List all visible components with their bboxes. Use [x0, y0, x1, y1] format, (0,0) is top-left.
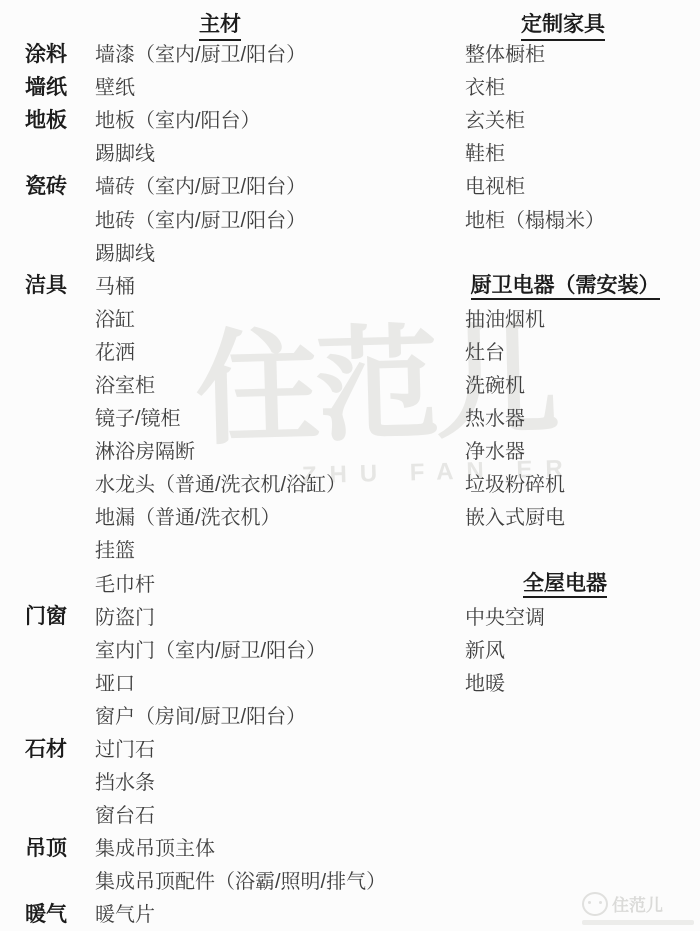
right-column-item: 热水器 [400, 402, 700, 431]
table-row: 墙纸壁纸衣柜 [0, 69, 700, 102]
right-column-item: 玄关柜 [400, 104, 700, 133]
table-row: 地砖（室内/厨卫/阳台）地柜（榻榻米） [0, 201, 700, 234]
column-headers-row: 主材 定制家具 [0, 0, 700, 36]
category-label: 门窗 [0, 600, 95, 630]
table-row: 石材过门石 [0, 731, 700, 764]
materials-checklist-sheet: 住范儿 ZHU FAN ER 主材 定制家具 涂料墙漆（室内/厨卫/阳台）整体橱… [0, 0, 700, 931]
table-row: 集成吊顶配件（浴霸/照明/排气） [0, 863, 700, 896]
section-header: 全屋电器 [523, 572, 607, 598]
category-label: 地板 [0, 104, 95, 134]
material-item: 花洒 [95, 336, 400, 365]
table-row: 淋浴房隔断净水器 [0, 433, 700, 466]
category-label: 吊顶 [0, 832, 95, 862]
table-row: 浴缸抽油烟机 [0, 301, 700, 334]
table-row: 吊顶集成吊顶主体 [0, 830, 700, 863]
table-row: 瓷砖墙砖（室内/厨卫/阳台）电视柜 [0, 168, 700, 201]
table-row: 挡水条 [0, 764, 700, 797]
material-item: 墙砖（室内/厨卫/阳台） [95, 170, 400, 199]
material-item: 集成吊顶配件（浴霸/照明/排气） [95, 865, 400, 894]
material-item: 窗台石 [95, 799, 400, 828]
right-column-item: 灶台 [400, 336, 700, 365]
right-column-item: 抽油烟机 [400, 303, 700, 332]
table-row: 挂篮 [0, 532, 700, 565]
material-item: 防盗门 [95, 601, 400, 630]
right-column-item: 嵌入式厨电 [400, 501, 700, 530]
table-row: 涂料墙漆（室内/厨卫/阳台）整体橱柜 [0, 36, 700, 69]
table-row: 窗户（房间/厨卫/阳台） [0, 698, 700, 731]
table-row: 地漏（普通/洗衣机）嵌入式厨电 [0, 499, 700, 532]
table-row: 窗台石 [0, 797, 700, 830]
category-label: 洁具 [0, 269, 95, 299]
right-column-item: 衣柜 [400, 71, 700, 100]
right-column-item: 垃圾粉碎机 [400, 468, 700, 497]
material-item: 马桶 [95, 270, 400, 299]
table-row: 浴室柜洗碗机 [0, 367, 700, 400]
right-section-header-cell: 厨卫电器（需安装） [400, 269, 700, 299]
table-row: 毛巾杆全屋电器 [0, 566, 700, 599]
right-column-item: 中央空调 [400, 601, 700, 630]
table-row: 镜子/镜柜热水器 [0, 400, 700, 433]
table-row: 暖气暖气片 [0, 896, 700, 929]
table-row: 门窗防盗门中央空调 [0, 599, 700, 632]
material-item: 暖气片 [95, 898, 400, 927]
table-row: 垭口地暖 [0, 665, 700, 698]
material-item: 室内门（室内/厨卫/阳台） [95, 634, 400, 663]
right-column-item: 地暖 [400, 667, 700, 696]
table-row: 地板地板（室内/阳台）玄关柜 [0, 102, 700, 135]
table-row: 水龙头（普通/洗衣机/浴缸）垃圾粉碎机 [0, 466, 700, 499]
material-item: 垭口 [95, 667, 400, 696]
table-row: 室内门（室内/厨卫/阳台）新风 [0, 632, 700, 665]
table-row: 洁具马桶厨卫电器（需安装） [0, 268, 700, 301]
category-label: 石材 [0, 733, 95, 763]
category-label: 暖气 [0, 898, 95, 928]
right-column-item: 电视柜 [400, 170, 700, 199]
material-item: 挂篮 [95, 534, 400, 563]
material-item: 踢脚线 [95, 237, 400, 266]
category-label: 涂料 [0, 38, 95, 68]
material-item: 过门石 [95, 733, 400, 762]
right-column-item: 洗碗机 [400, 369, 700, 398]
material-item: 窗户（房间/厨卫/阳台） [95, 700, 400, 729]
right-column-item: 鞋柜 [400, 137, 700, 166]
right-section-header-cell: 全屋电器 [400, 567, 700, 597]
material-item: 淋浴房隔断 [95, 435, 400, 464]
material-item: 壁纸 [95, 71, 400, 100]
material-item: 地板（室内/阳台） [95, 104, 400, 133]
material-item: 挡水条 [95, 766, 400, 795]
material-item: 浴缸 [95, 303, 400, 332]
table-row: 踢脚线 [0, 235, 700, 268]
material-item: 踢脚线 [95, 137, 400, 166]
material-item: 集成吊顶主体 [95, 832, 400, 861]
material-item: 地漏（普通/洗衣机） [95, 501, 400, 530]
table-row: 花洒灶台 [0, 334, 700, 367]
material-item: 浴室柜 [95, 369, 400, 398]
table-row: 踢脚线鞋柜 [0, 135, 700, 168]
material-item: 地砖（室内/厨卫/阳台） [95, 204, 400, 233]
right-column-item: 净水器 [400, 435, 700, 464]
material-item: 毛巾杆 [95, 568, 400, 597]
material-item: 墙漆（室内/厨卫/阳台） [95, 38, 400, 67]
right-column-item: 整体橱柜 [400, 38, 700, 67]
right-column-item: 新风 [400, 634, 700, 663]
material-item: 镜子/镜柜 [95, 402, 400, 431]
category-label: 墙纸 [0, 71, 95, 101]
material-item: 水龙头（普通/洗衣机/浴缸） [95, 468, 400, 497]
section-header: 厨卫电器（需安装） [471, 274, 660, 300]
right-column-item: 地柜（榻榻米） [400, 204, 700, 233]
materials-table: 涂料墙漆（室内/厨卫/阳台）整体橱柜墙纸壁纸衣柜地板地板（室内/阳台）玄关柜踢脚… [0, 36, 700, 930]
category-label: 瓷砖 [0, 170, 95, 200]
